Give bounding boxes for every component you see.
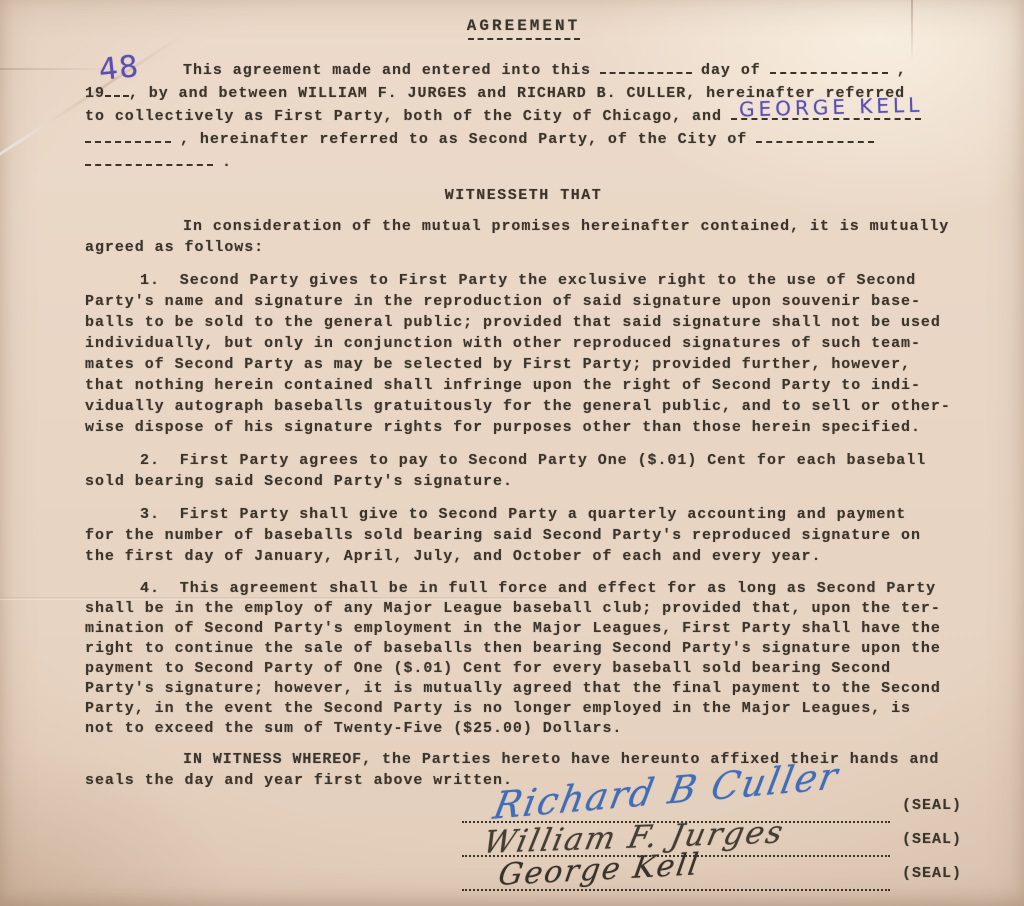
signature-block: Richard B Culler (SEAL) William F. Jurge… [462,793,962,891]
clause-1-line: that nothing herein contained shall infr… [85,375,962,396]
seal-label: (SEAL) [902,865,962,882]
clause-4-line: payment to Second Party of One ($.01) Ce… [85,659,962,679]
blank-second-party-name: GEORGE KELL [731,104,921,120]
seal-label: (SEAL) [902,831,962,848]
intro-text-1c: , [897,62,907,79]
opening-paragraph: This agreement made and entered into thi… [85,58,962,173]
blank-year: 48 [105,81,129,97]
clause-2-line: sold bearing said Second Party's signatu… [85,471,962,492]
blank-name-continued [85,127,171,143]
consideration-line: agreed as follows: [85,237,962,258]
blank-month [770,58,888,74]
blank-day-of-month [600,58,692,74]
signature-row-kell: George Kell (SEAL) [462,857,962,891]
clause-4-line: Party's signature; however, it is mutual… [85,679,962,699]
intro-line-4: , hereinafter referred to as Second Part… [85,127,962,150]
clause-2: 2. First Party agrees to pay to Second P… [85,450,962,492]
intro-text-1b: day of [701,62,761,79]
intro-text-5a: . [222,154,232,171]
clause-1-line: balls to be sold to the general public; … [85,312,962,333]
clause-1-line: wise dispose of his signature rights for… [85,417,962,438]
document-content: AGREEMENT This agreement made and entere… [0,0,1024,906]
clause-1-line: Party's name and signature in the reprod… [85,291,962,312]
intro-text-4a: , hereinafter referred to as Second Part… [180,131,747,148]
clause-4: 4. This agreement shall be in full force… [85,579,962,739]
clause-4-line: right to continue the sale of baseballs … [85,639,962,659]
blank-city-continued [85,150,213,166]
intro-line-1: This agreement made and entered into thi… [85,58,962,81]
clause-4-line: mination of Second Party's employment in… [85,619,962,639]
signature-line [462,889,890,891]
clause-3-line: 3. First Party shall give to Second Part… [85,504,962,525]
intro-line-5: . [85,150,962,173]
intro-text-3a: to collectively as First Party, both of … [85,108,722,125]
clause-2-line: 2. First Party agrees to pay to Second P… [85,450,962,471]
clause-3: 3. First Party shall give to Second Part… [85,504,962,567]
clause-1-line: 1. Second Party gives to First Party the… [85,270,962,291]
clause-3-line: for the number of baseballs sold bearing… [85,525,962,546]
clause-1-line: vidually autograph baseballs gratuitousl… [85,396,962,417]
intro-text-1a: This agreement made and entered into thi… [183,62,591,79]
seal-label: (SEAL) [902,797,962,814]
clause-1: 1. Second Party gives to First Party the… [85,270,962,438]
witnesseth-heading: WITNESSETH THAT [85,185,962,206]
scanned-agreement-document: AGREEMENT This agreement made and entere… [0,0,1024,906]
handwritten-year: 48 [97,52,140,86]
consideration-line: In consideration of the mutual promises … [85,216,962,237]
clause-3-line: the first day of January, April, July, a… [85,546,962,567]
intro-line-3: to collectively as First Party, both of … [85,104,962,127]
consideration-paragraph: In consideration of the mutual promises … [85,216,962,258]
clause-4-line: shall be in the employ of any Major Leag… [85,599,962,619]
clause-1-line: mates of Second Party as may be selected… [85,354,962,375]
handwritten-second-party-name: GEORGE KELL [739,95,924,120]
clause-4-line: 4. This agreement shall be in full force… [85,579,962,599]
title-underline [468,38,580,40]
blank-city [756,127,874,143]
clause-1-line: individually, but only in conjunction wi… [85,333,962,354]
clause-4-line: not to exceed the sum of Twenty-Five ($2… [85,719,962,739]
clause-4-line: Party, in the event the Second Party is … [85,699,962,719]
document-title: AGREEMENT [85,15,962,37]
signature-row-jurges: William F. Jurges (SEAL) [462,823,962,857]
